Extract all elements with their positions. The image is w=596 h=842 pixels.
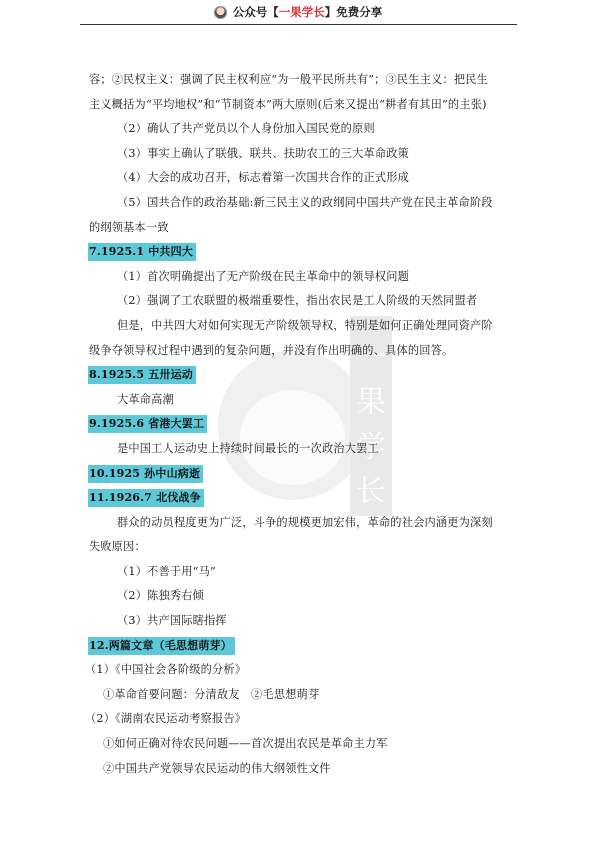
point-item: （3）事实上确认了联俄、联共、扶助农工的三大革命政策 (89, 142, 511, 167)
header-divider (80, 24, 517, 25)
paragraph-line: 大革命高潮 (89, 388, 511, 413)
point-continuation: 的纲领基本一致 (89, 216, 511, 241)
intro-line: 主义概括为“平均地权”和“节制资本”两大原则(后来又提出“耕者有其田”的主张) (89, 93, 511, 118)
header-bracket-close: 】 (325, 4, 337, 20)
header-brand: 一果学长 (279, 4, 325, 20)
point-item: （1）不善于用“马” (89, 560, 511, 585)
paragraph-line: 群众的动员程度更为广泛，斗争的规模更加宏伟，革命的社会内涵更为深刻 (89, 511, 511, 536)
page-header: 公众号 【 一果学长 】 免费分享 (0, 0, 596, 24)
intro-line: 容；②民权主义：强调了民主权利应“为一般平民所共有”；③民生主义：把民生 (89, 68, 511, 93)
header-prefix: 公众号 (233, 4, 268, 20)
paragraph-line: 失败原因： (89, 535, 511, 560)
header-bracket-open: 【 (267, 4, 279, 20)
section-heading: 11.1926.7 北伐战争 (88, 489, 204, 507)
sub-title: （2）《湖南农民运动考察报告》 (85, 707, 511, 732)
sub-item: ②中国共产党领导农民运动的伟大纲领性文件 (89, 757, 511, 782)
paragraph-line: 但是，中共四大对如何实现无产阶级领导权，特别是如何正确处理同资产阶 (89, 314, 511, 339)
document-body: 容；②民权主义：强调了民主权利应“为一般平民所共有”；③民生主义：把民生 主义概… (89, 68, 511, 781)
sub-item: ①革命首要问题：分清敌友 ②毛思想萌芽 (89, 683, 511, 708)
section-heading: 9.1925.6 省港大罢工 (88, 415, 207, 433)
point-item: （5）国共合作的政治基础:新三民主义的政纲同中国共产党在民主革命阶段 (89, 191, 511, 216)
point-item: （3）共产国际瞎指挥 (89, 609, 511, 634)
avatar-icon (214, 6, 227, 19)
section-heading: 8.1925.5 五卅运动 (88, 366, 196, 384)
point-item: （2）强调了工农联盟的极端重要性，指出农民是工人阶级的天然同盟者 (89, 289, 511, 314)
paragraph-line: 级争夺领导权过程中遇到的复杂问题，并没有作出明确的、具体的回答。 (89, 339, 511, 364)
header-suffix: 免费分享 (336, 4, 382, 20)
point-item: （2）确认了共产党员以个人身份加入国民党的原则 (89, 117, 511, 142)
point-item: （4）大会的成功召开，标志着第一次国共合作的正式形成 (89, 166, 511, 191)
section-heading: 10.1925 孙中山病逝 (88, 465, 203, 483)
point-item: （1）首次明确提出了无产阶级在民主革命中的领导权问题 (89, 265, 511, 290)
section-heading: 12.两篇文章（毛思想萌芽） (88, 637, 235, 655)
section-heading: 7.1925.1 中共四大 (88, 243, 196, 261)
paragraph-line: 是中国工人运动史上持续时间最长的一次政治大罢工 (89, 437, 511, 462)
sub-title: （1）《中国社会各阶级的分析》 (85, 658, 511, 683)
point-item: （2）陈独秀右倾 (89, 584, 511, 609)
sub-item: ①如何正确对待农民问题——首次提出农民是革命主力军 (89, 732, 511, 757)
